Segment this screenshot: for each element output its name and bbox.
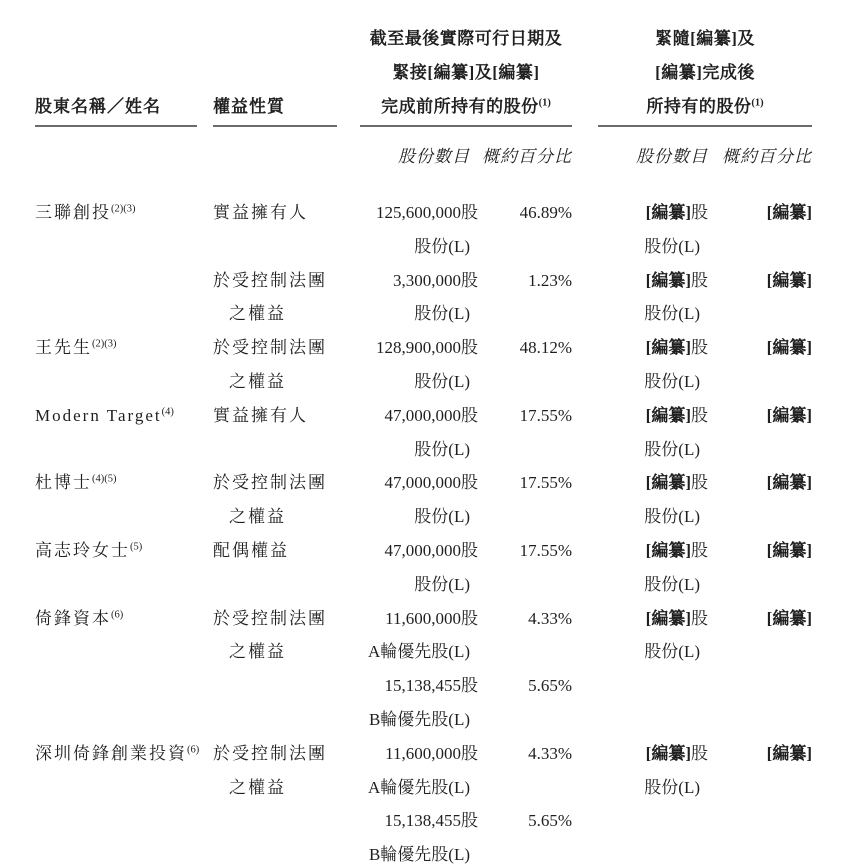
pct-line <box>478 635 572 669</box>
shares-post-class: 股份(L) <box>572 500 708 534</box>
pct-line: 4.33% <box>478 602 572 636</box>
table-header: 股東名稱／姓名 權益性質 截至最後實際可行日期及 緊接[編纂]及[編纂] 完成前… <box>35 22 864 127</box>
footnote-ref-icon: (6) <box>187 744 199 755</box>
pct-post-cell: [編纂] <box>708 534 812 602</box>
shares-post-redacted: [編纂]股 <box>572 466 708 500</box>
nature-line: 於受控制法團 <box>213 264 337 298</box>
pct-pre-cell: 4.33%5.65% <box>478 602 572 737</box>
pct-line: 48.12% <box>478 331 572 365</box>
shares-post-cell: [編纂]股股份(L) <box>572 331 708 399</box>
shares-post-cell: [編纂]股股份(L) <box>572 264 708 332</box>
group-header-pre-line3: 完成前所持有的股份(1) <box>360 90 572 124</box>
shares-post-class: 股份(L) <box>572 230 708 264</box>
footnote-ref-icon: (2)(3) <box>92 339 117 350</box>
nature-line: 於受控制法團 <box>213 602 337 636</box>
table-row: 三聯創投(2)(3)實益擁有人125,600,000股股份(L)46.89%[編… <box>35 196 864 264</box>
shares-pre-cell: 125,600,000股股份(L) <box>337 196 478 264</box>
shares-pre-cell: 3,300,000股股份(L) <box>337 264 478 332</box>
shareholder-name-text: 深圳倚鋒創業投資 <box>35 744 187 763</box>
shareholder-name-cell: 倚鋒資本(6) <box>35 602 213 737</box>
shares-post-redacted: [編纂]股 <box>572 737 708 771</box>
pct-post-cell: [編纂] <box>708 331 812 399</box>
table-row: 倚鋒資本(6)於受控制法團之權益11,600,000股A輪優先股(L)15,13… <box>35 602 864 737</box>
shares-pre-cell: 128,900,000股股份(L) <box>337 331 478 399</box>
group-header-pre-line2: 緊接[編纂]及[編纂] <box>360 56 572 90</box>
shares-line: 47,000,000股 <box>337 399 478 433</box>
nature-line: 於受控制法團 <box>213 466 337 500</box>
pct-line <box>478 838 572 867</box>
shares-post-redacted: [編纂]股 <box>572 399 708 433</box>
shares-line: 股份(L) <box>337 365 478 399</box>
shares-pre-cell: 47,000,000股股份(L) <box>337 466 478 534</box>
nature-of-interest-cell: 於受控制法團之權益 <box>213 466 337 534</box>
shares-post-cell: [編纂]股股份(L) <box>572 196 708 264</box>
pct-line: 17.55% <box>478 466 572 500</box>
shares-post-redacted: [編纂]股 <box>572 331 708 365</box>
shares-post-cell: [編纂]股股份(L) <box>572 399 708 467</box>
subheader-pct-post: 概約百分比 <box>708 140 812 174</box>
footnote-ref-icon: (4)(5) <box>92 474 117 485</box>
shares-suffix: 股 <box>691 338 708 357</box>
shares-suffix: 股 <box>691 541 708 560</box>
shareholder-name: 王先生(2)(3) <box>35 331 213 365</box>
shareholder-name: 三聯創投(2)(3) <box>35 196 213 230</box>
redacted-token: [編纂] <box>646 203 691 222</box>
shares-line: 11,600,000股 <box>337 602 478 636</box>
pct-line <box>478 771 572 805</box>
nature-of-interest-cell: 於受控制法團之權益 <box>213 264 337 332</box>
pct-post-cell: [編纂] <box>708 196 812 264</box>
shares-post-class: 股份(L) <box>572 433 708 467</box>
shares-line: 47,000,000股 <box>337 534 478 568</box>
subheader-shares-post: 股份數目 <box>572 140 708 174</box>
shares-post-redacted: [編纂]股 <box>572 264 708 298</box>
pct-line <box>478 568 572 602</box>
pct-pre-cell: 48.12% <box>478 331 572 399</box>
shareholder-name-text: 高志玲女士 <box>35 541 130 560</box>
footnote-ref-icon: (2)(3) <box>111 203 136 214</box>
shares-line: 47,000,000股 <box>337 466 478 500</box>
shares-line: A輪優先股(L) <box>337 635 478 669</box>
shares-line: 股份(L) <box>337 230 478 264</box>
pct-post-cell: [編纂] <box>708 737 812 867</box>
pct-post-redacted: [編纂] <box>708 331 812 365</box>
pct-line: 5.65% <box>478 669 572 703</box>
shareholding-table-page: 股東名稱／姓名 權益性質 截至最後實際可行日期及 緊接[編纂]及[編纂] 完成前… <box>0 0 864 867</box>
nature-line: 於受控制法團 <box>213 331 337 365</box>
group-header-pre-line1: 截至最後實際可行日期及 <box>360 22 572 56</box>
subheader-shares-pre: 股份數目 <box>337 140 478 174</box>
shares-line: 股份(L) <box>337 568 478 602</box>
table-row: 深圳倚鋒創業投資(6)於受控制法團之權益11,600,000股A輪優先股(L)1… <box>35 737 864 867</box>
nature-of-interest-cell: 於受控制法團之權益 <box>213 737 337 867</box>
shareholder-name: 深圳倚鋒創業投資(6) <box>35 737 213 771</box>
pct-pre-cell: 4.33%5.65% <box>478 737 572 867</box>
group-header-pre-completion: 截至最後實際可行日期及 緊接[編纂]及[編纂] 完成前所持有的股份(1) <box>337 22 572 127</box>
shareholder-name-text: 杜博士 <box>35 473 92 492</box>
pct-pre-cell: 17.55% <box>478 466 572 534</box>
redacted-token: [編纂] <box>646 406 691 425</box>
group-header-pre-line3-text: 完成前所持有的股份 <box>381 97 539 116</box>
pct-line <box>478 297 572 331</box>
shares-suffix: 股 <box>691 473 708 492</box>
shares-post-redacted: [編纂]股 <box>572 534 708 568</box>
redacted-token: [編纂] <box>646 338 691 357</box>
shares-post-class: 股份(L) <box>572 365 708 399</box>
pct-line: 17.55% <box>478 399 572 433</box>
shares-suffix: 股 <box>691 744 708 763</box>
shareholder-name-cell: Modern Target(4) <box>35 399 213 467</box>
shareholder-name: 倚鋒資本(6) <box>35 602 213 636</box>
shareholder-name-cell: 高志玲女士(5) <box>35 534 213 602</box>
table-body: 三聯創投(2)(3)實益擁有人125,600,000股股份(L)46.89%[編… <box>35 196 864 867</box>
shares-line: B輪優先股(L) <box>337 703 478 737</box>
pct-line <box>478 433 572 467</box>
footnote-ref-icon: (1) <box>539 97 551 108</box>
pct-post-redacted: [編纂] <box>708 399 812 433</box>
group-header-post-line2: [編纂]完成後 <box>598 56 812 90</box>
shareholder-name: Modern Target(4) <box>35 399 213 433</box>
nature-line: 實益擁有人 <box>213 399 337 433</box>
table-row: 高志玲女士(5)配偶權益47,000,000股股份(L)17.55%[編纂]股股… <box>35 534 864 602</box>
shares-line: 11,600,000股 <box>337 737 478 771</box>
shares-line: A輪優先股(L) <box>337 771 478 805</box>
shares-line: 股份(L) <box>337 500 478 534</box>
nature-line: 配偶權益 <box>213 534 337 568</box>
shares-suffix: 股 <box>691 406 708 425</box>
pct-line <box>478 365 572 399</box>
redacted-token: [編纂] <box>646 541 691 560</box>
pct-line: 4.33% <box>478 737 572 771</box>
pct-post-cell: [編纂] <box>708 602 812 737</box>
nature-line: 之權益 <box>213 771 337 805</box>
nature-of-interest-cell: 實益擁有人 <box>213 196 337 264</box>
shares-line: 3,300,000股 <box>337 264 478 298</box>
pct-line <box>478 500 572 534</box>
shares-pre-cell: 47,000,000股股份(L) <box>337 399 478 467</box>
shares-post-class: 股份(L) <box>572 297 708 331</box>
shareholder-name: 高志玲女士(5) <box>35 534 213 568</box>
nature-of-interest-cell: 於受控制法團之權益 <box>213 602 337 737</box>
redacted-token: [編纂] <box>646 609 691 628</box>
nature-of-interest-cell: 於受控制法團之權益 <box>213 331 337 399</box>
shares-suffix: 股 <box>691 271 708 290</box>
shares-pre-cell: 47,000,000股股份(L) <box>337 534 478 602</box>
footnote-ref-icon: (1) <box>751 97 763 108</box>
shareholder-name: 杜博士(4)(5) <box>35 466 213 500</box>
shares-post-class: 股份(L) <box>572 568 708 602</box>
shares-post-redacted: [編纂]股 <box>572 196 708 230</box>
pct-line: 1.23% <box>478 264 572 298</box>
shareholder-name-cell: 杜博士(4)(5) <box>35 466 213 534</box>
pct-post-cell: [編纂] <box>708 466 812 534</box>
group-header-post-line3-text: 所持有的股份 <box>646 97 751 116</box>
group-header-post-line1: 緊隨[編纂]及 <box>598 22 812 56</box>
nature-line: 之權益 <box>213 635 337 669</box>
pct-post-redacted: [編纂] <box>708 737 812 771</box>
shares-line: 125,600,000股 <box>337 196 478 230</box>
group-header-post-completion: 緊隨[編纂]及 [編纂]完成後 所持有的股份(1) <box>572 22 812 127</box>
redacted-token: [編纂] <box>646 473 691 492</box>
nature-line: 實益擁有人 <box>213 196 337 230</box>
shares-pre-cell: 11,600,000股A輪優先股(L)15,138,455股B輪優先股(L) <box>337 602 478 737</box>
shares-post-cell: [編纂]股股份(L) <box>572 534 708 602</box>
shareholder-name-cell: 王先生(2)(3) <box>35 331 213 399</box>
table-row: 王先生(2)(3)於受控制法團之權益128,900,000股股份(L)48.12… <box>35 331 864 399</box>
pct-pre-cell: 1.23% <box>478 264 572 332</box>
shares-line: 128,900,000股 <box>337 331 478 365</box>
shares-line: 15,138,455股 <box>337 804 478 838</box>
nature-of-interest-cell: 配偶權益 <box>213 534 337 602</box>
redacted-token: [編纂] <box>646 271 691 290</box>
shareholder-name-cell: 三聯創投(2)(3) <box>35 196 213 264</box>
shares-post-cell: [編纂]股股份(L) <box>572 602 708 737</box>
col-header-shareholder-label: 股東名稱／姓名 <box>35 97 161 116</box>
shareholder-name-text: 倚鋒資本 <box>35 609 111 628</box>
pct-line <box>478 703 572 737</box>
pct-post-redacted: [編纂] <box>708 264 812 298</box>
pct-post-cell: [編纂] <box>708 399 812 467</box>
shares-line: 15,138,455股 <box>337 669 478 703</box>
shares-suffix: 股 <box>691 609 708 628</box>
shareholder-name-text: 三聯創投 <box>35 203 111 222</box>
table-subheader: 股份數目 概約百分比 股份數目 概約百分比 <box>35 140 864 174</box>
pct-post-redacted: [編纂] <box>708 196 812 230</box>
pct-pre-cell: 46.89% <box>478 196 572 264</box>
shares-suffix: 股 <box>691 203 708 222</box>
shares-line: 股份(L) <box>337 297 478 331</box>
redacted-token: [編纂] <box>646 744 691 763</box>
pct-line: 5.65% <box>478 804 572 838</box>
shares-post-cell: [編纂]股股份(L) <box>572 737 708 867</box>
table-row: 杜博士(4)(5)於受控制法團之權益47,000,000股股份(L)17.55%… <box>35 466 864 534</box>
pct-line <box>478 230 572 264</box>
table-row: Modern Target(4)實益擁有人47,000,000股股份(L)17.… <box>35 399 864 467</box>
shares-line: 股份(L) <box>337 433 478 467</box>
subheader-pct-pre: 概約百分比 <box>478 140 572 174</box>
footnote-ref-icon: (6) <box>111 609 123 620</box>
pct-pre-cell: 17.55% <box>478 399 572 467</box>
pct-post-cell: [編纂] <box>708 264 812 332</box>
pct-pre-cell: 17.55% <box>478 534 572 602</box>
shares-line: B輪優先股(L) <box>337 838 478 867</box>
shareholder-name-text: 王先生 <box>35 338 92 357</box>
pct-post-redacted: [編纂] <box>708 602 812 636</box>
shares-post-class: 股份(L) <box>572 771 708 805</box>
table-row: 於受控制法團之權益3,300,000股股份(L)1.23%[編纂]股股份(L)[… <box>35 264 864 332</box>
shareholder-name-cell <box>35 264 213 332</box>
footnote-ref-icon: (5) <box>130 541 142 552</box>
group-header-post-line3: 所持有的股份(1) <box>598 90 812 124</box>
shares-post-class: 股份(L) <box>572 635 708 669</box>
pct-post-redacted: [編纂] <box>708 466 812 500</box>
col-header-shareholder-name: 股東名稱／姓名 <box>35 90 213 127</box>
nature-line: 之權益 <box>213 365 337 399</box>
shareholder-name-cell: 深圳倚鋒創業投資(6) <box>35 737 213 867</box>
footnote-ref-icon: (4) <box>162 406 174 417</box>
nature-line: 之權益 <box>213 297 337 331</box>
nature-of-interest-cell: 實益擁有人 <box>213 399 337 467</box>
pct-post-redacted: [編纂] <box>708 534 812 568</box>
shareholder-name-text: Modern Target <box>35 406 162 425</box>
shares-post-redacted: [編纂]股 <box>572 602 708 636</box>
col-header-nature-label: 權益性質 <box>213 97 285 116</box>
nature-line: 之權益 <box>213 500 337 534</box>
col-header-nature-of-interest: 權益性質 <box>213 90 337 127</box>
nature-line: 於受控制法團 <box>213 737 337 771</box>
shares-post-cell: [編纂]股股份(L) <box>572 466 708 534</box>
pct-line: 46.89% <box>478 196 572 230</box>
pct-line: 17.55% <box>478 534 572 568</box>
shares-pre-cell: 11,600,000股A輪優先股(L)15,138,455股B輪優先股(L) <box>337 737 478 867</box>
